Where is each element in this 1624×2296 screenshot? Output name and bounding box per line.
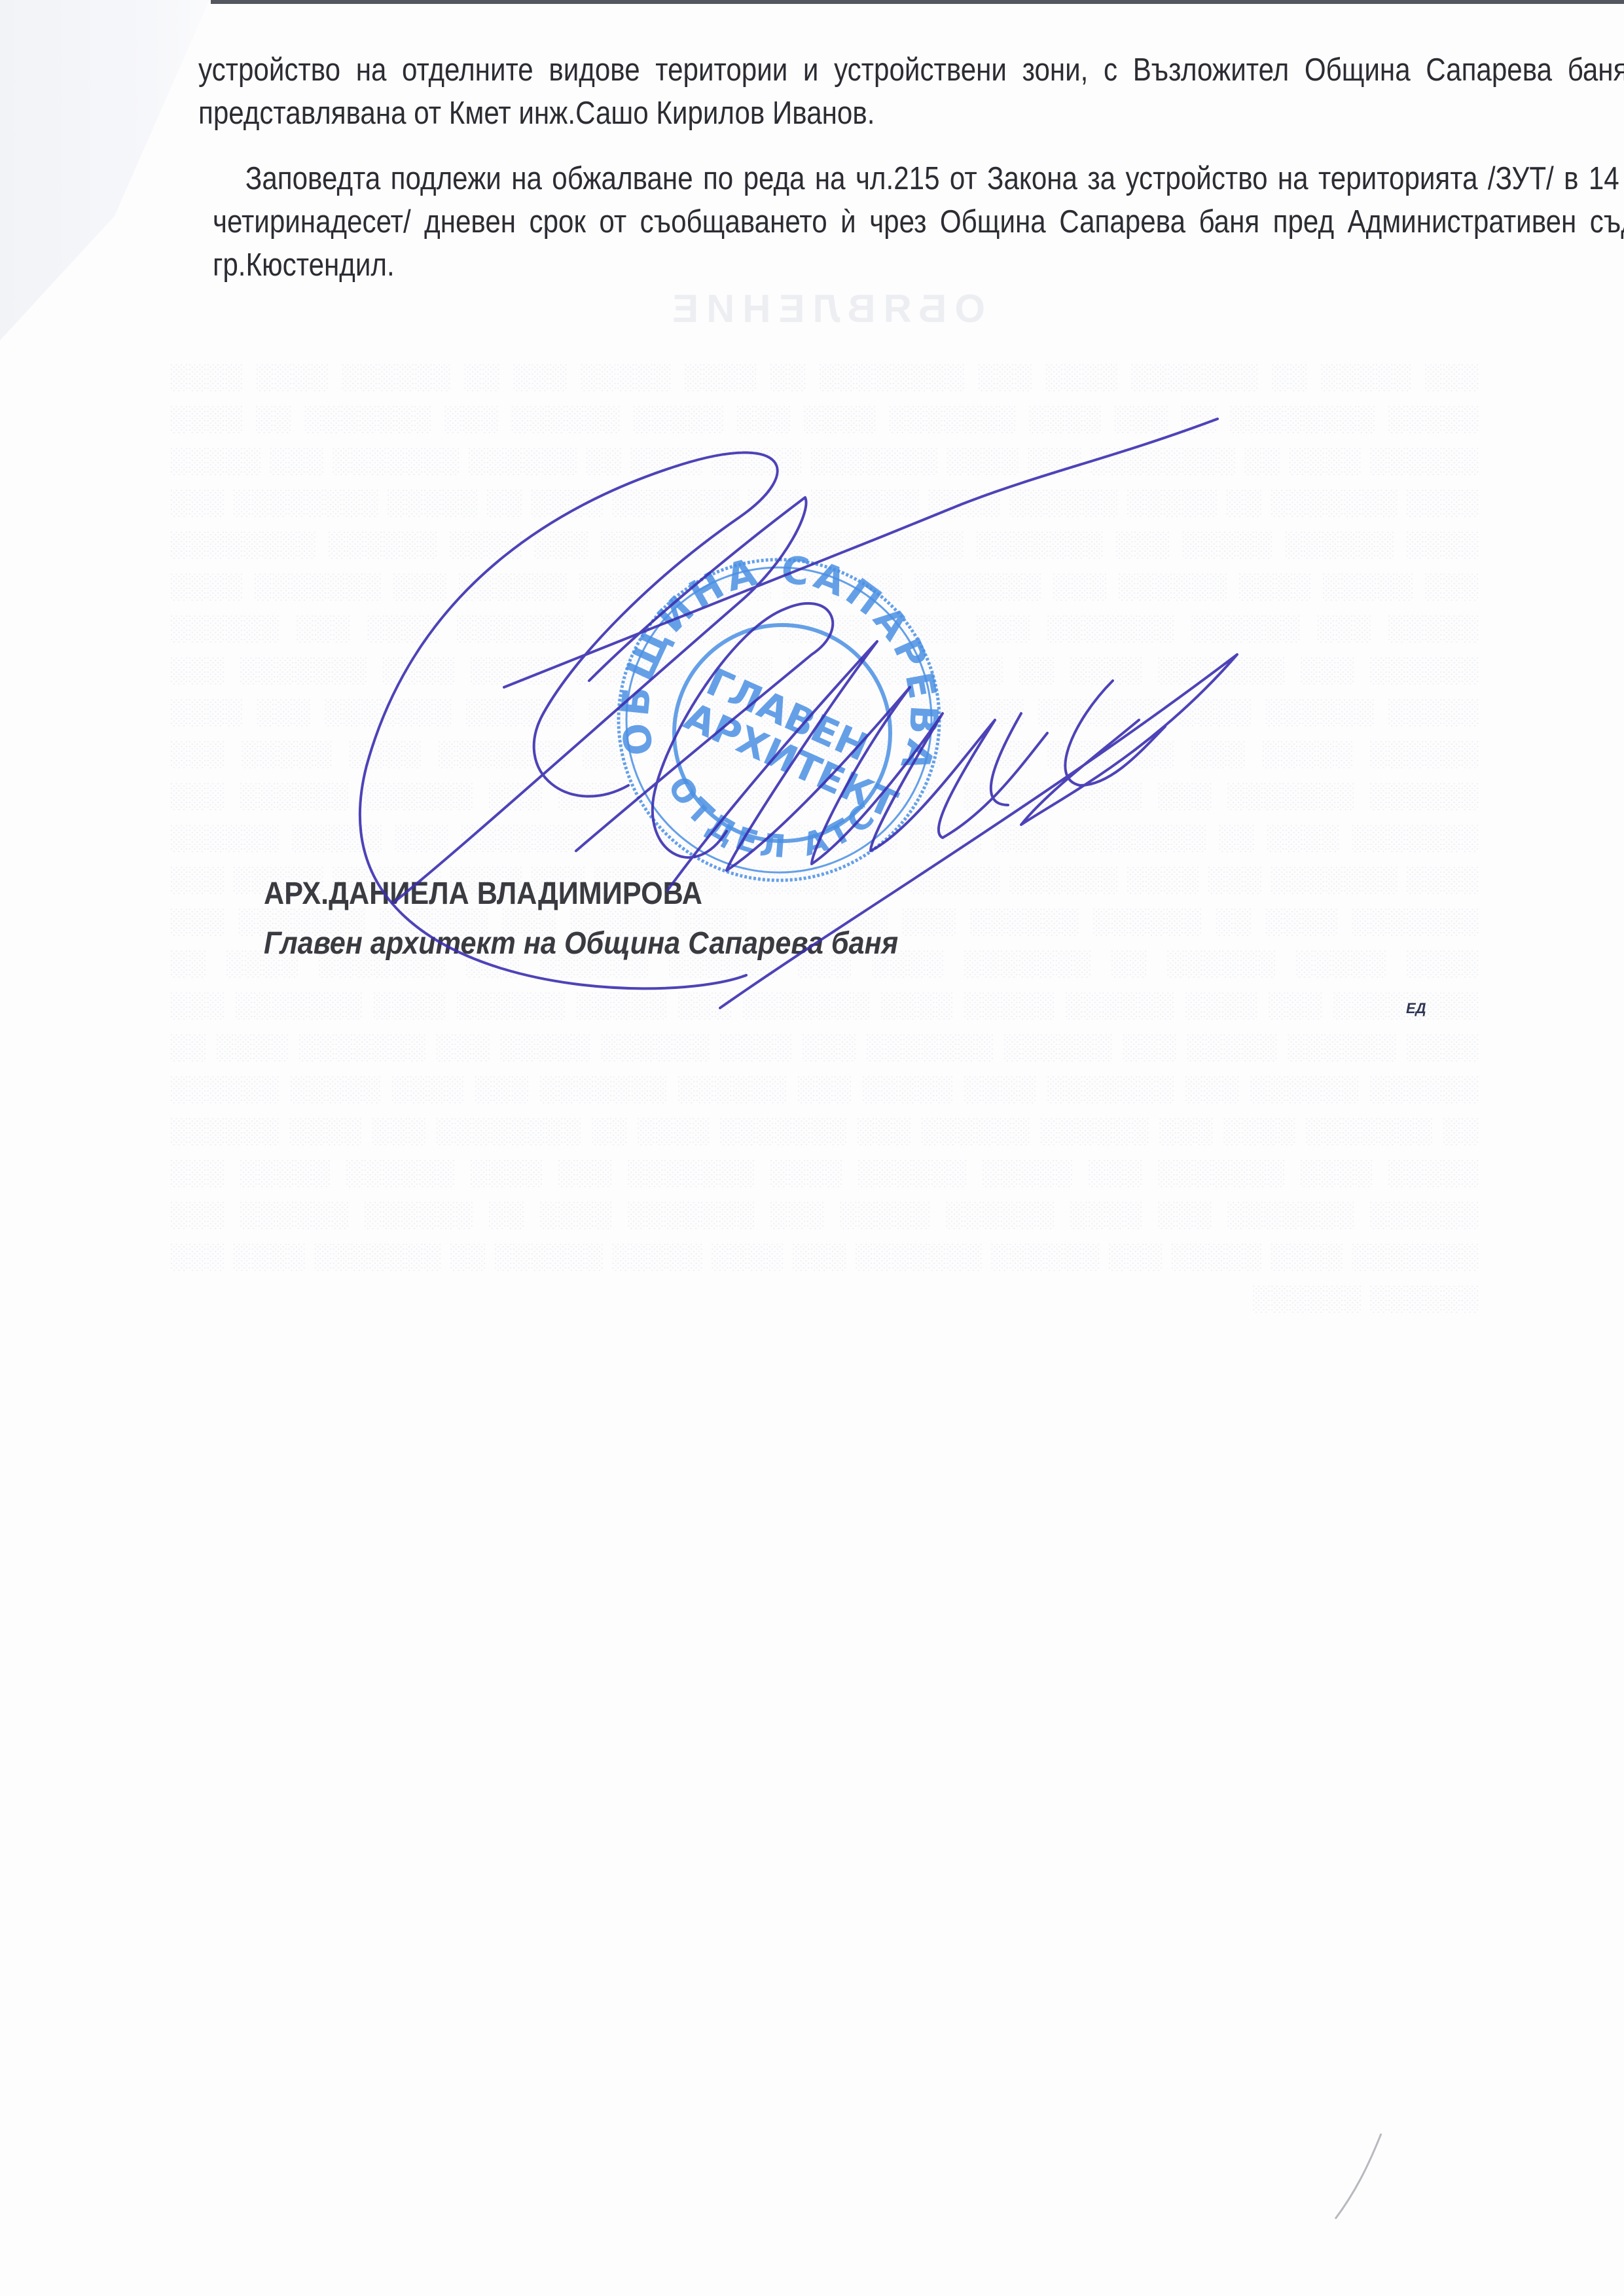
municipal-stamp: ОБЩИНА САПАРЕВА БАНЯ ОТДЕЛ АТСУ ГЛАВЕН А…	[609, 537, 949, 890]
paragraph-appeal-notice: Заповедта подлежи на обжалване по реда н…	[213, 157, 1624, 287]
show-through-heading: ОБЯВЛЕНИЕ	[170, 288, 1479, 330]
signatory-title: Главен архитект на Община Сапарева баня	[264, 925, 898, 961]
paragraph-zone-description: устройство на отделните видове територии…	[198, 48, 1624, 135]
scan-top-border	[211, 0, 1624, 4]
signatory-name: АРХ.ДАНИЕЛА ВЛАДИМИРОВА	[264, 876, 702, 912]
stray-pen-mark	[1329, 2127, 1388, 2225]
initials-mark: ЕД	[1406, 1000, 1426, 1017]
